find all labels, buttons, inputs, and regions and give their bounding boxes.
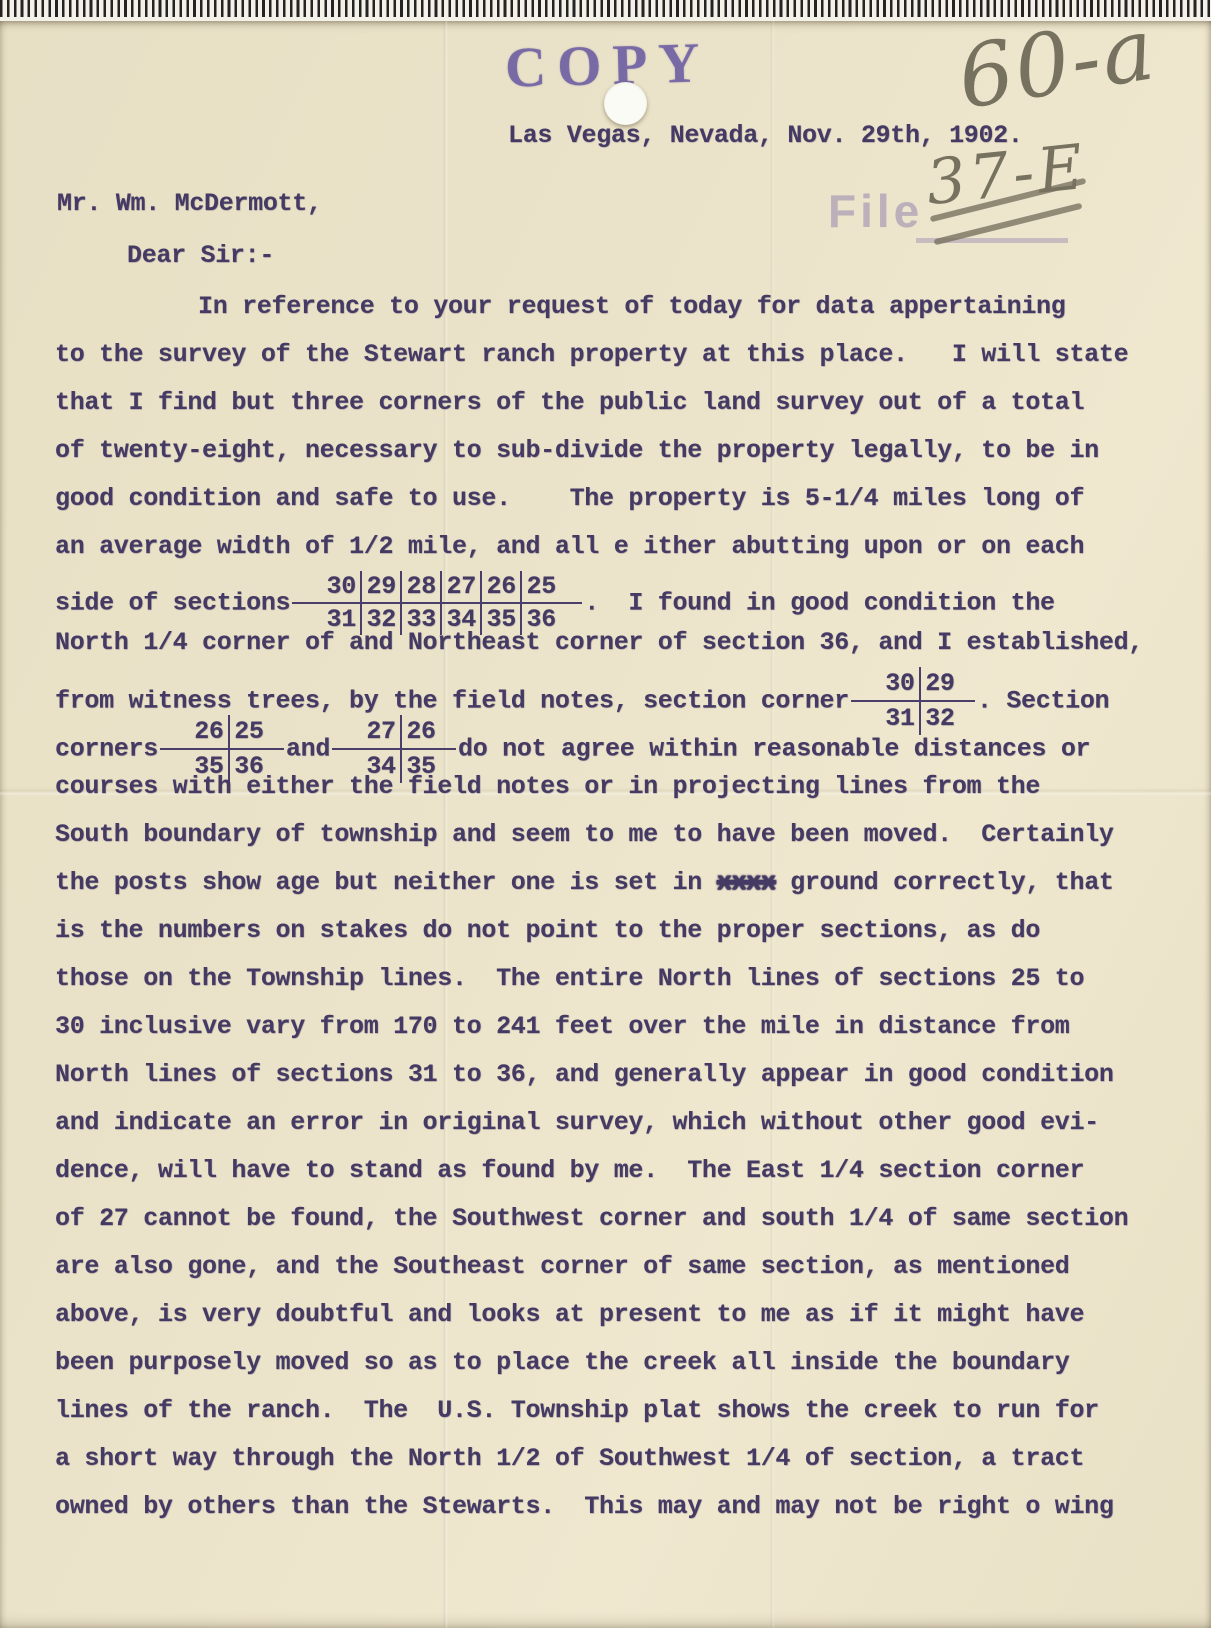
line-text: . Section xyxy=(977,687,1109,716)
addressee-line: Mr. Wm. McDermott, xyxy=(57,180,322,228)
letter-line: is the numbers on stakes do not point to… xyxy=(55,907,1185,955)
line-text: do not agree within reasonable distances… xyxy=(458,735,1090,764)
letter-line: owned by others than the Stewarts. This … xyxy=(55,1483,1185,1531)
letter-line: of twenty-eight, necessary to sub-divide… xyxy=(55,427,1185,475)
letter-line: lines of the ranch. The U.S. Township pl… xyxy=(55,1387,1185,1435)
letter-line-with-strikeout: the posts show age but neither one is se… xyxy=(55,859,1185,907)
salutation-line: Dear Sir:- xyxy=(127,232,274,280)
letter-line: North lines of sections 31 to 36, and ge… xyxy=(55,1051,1185,1099)
line-text: and xyxy=(286,735,330,764)
section-number: 26 xyxy=(190,715,230,748)
scanned-letter-page: { "document": { "copy_stamp": "COPY", "p… xyxy=(0,0,1211,1628)
section-number: 26 xyxy=(402,715,440,748)
section-number: 29 xyxy=(921,667,959,700)
letter-line: and indicate an error in original survey… xyxy=(55,1099,1185,1147)
line-text: side of sections xyxy=(55,589,290,618)
letter-line: a short way through the North 1/2 of Sou… xyxy=(55,1435,1185,1483)
letter-line: an average width of 1/2 mile, and all e … xyxy=(55,523,1185,571)
letter-body: In reference to your request of today fo… xyxy=(55,283,1185,1531)
letter-line: above, is very doubtful and looks at pre… xyxy=(55,1291,1185,1339)
line-text: ground correctly, that xyxy=(775,868,1113,897)
letter-line: In reference to your request of today fo… xyxy=(55,283,1185,331)
section-number: 30 xyxy=(881,667,921,700)
letter-line: those on the Township lines. The entire … xyxy=(55,955,1185,1003)
line-text: . I found in good condition the xyxy=(584,589,1054,618)
letter-line-with-corner-cross: from witness trees, by the field notes, … xyxy=(55,667,1185,715)
section-number: 30 xyxy=(322,571,362,602)
letter-line: good condition and safe to use. The prop… xyxy=(55,475,1185,523)
section-number: 27 xyxy=(362,715,402,748)
struck-word: xxxx xyxy=(717,868,776,897)
file-stamp-label: File xyxy=(828,184,923,238)
section-number: 25 xyxy=(230,715,268,748)
letter-line-with-sections-grid: side of sections302928272625313233343536… xyxy=(55,571,1185,619)
letter-line: to the survey of the Stewart ranch prope… xyxy=(55,331,1185,379)
line-text: the posts show age but neither one is se… xyxy=(55,868,717,897)
section-number: 29 xyxy=(362,571,402,602)
letter-line: are also gone, and the Southeast corner … xyxy=(55,1243,1185,1291)
letter-line: courses with either the field notes or i… xyxy=(55,763,1185,811)
letter-line: 30 inclusive vary from 170 to 241 feet o… xyxy=(55,1003,1185,1051)
letter-line: North 1/4 corner of and Northeast corner… xyxy=(55,619,1185,667)
letter-line-with-corner-crosses: corners26253536and27263435do not agree w… xyxy=(55,715,1185,763)
section-number: 28 xyxy=(402,571,442,602)
letter-line: dence, will have to stand as found by me… xyxy=(55,1147,1185,1195)
line-text: from witness trees, by the field notes, … xyxy=(55,687,849,716)
section-number: 26 xyxy=(482,571,522,602)
letter-line: of 27 cannot be found, the Southwest cor… xyxy=(55,1195,1185,1243)
section-number: 27 xyxy=(442,571,482,602)
letter-line: South boundary of township and seem to m… xyxy=(55,811,1185,859)
letter-line: been purposely moved so as to place the … xyxy=(55,1339,1185,1387)
line-text: corners xyxy=(55,735,158,764)
letter-line: that I find but three corners of the pub… xyxy=(55,379,1185,427)
section-number: 25 xyxy=(522,571,560,602)
